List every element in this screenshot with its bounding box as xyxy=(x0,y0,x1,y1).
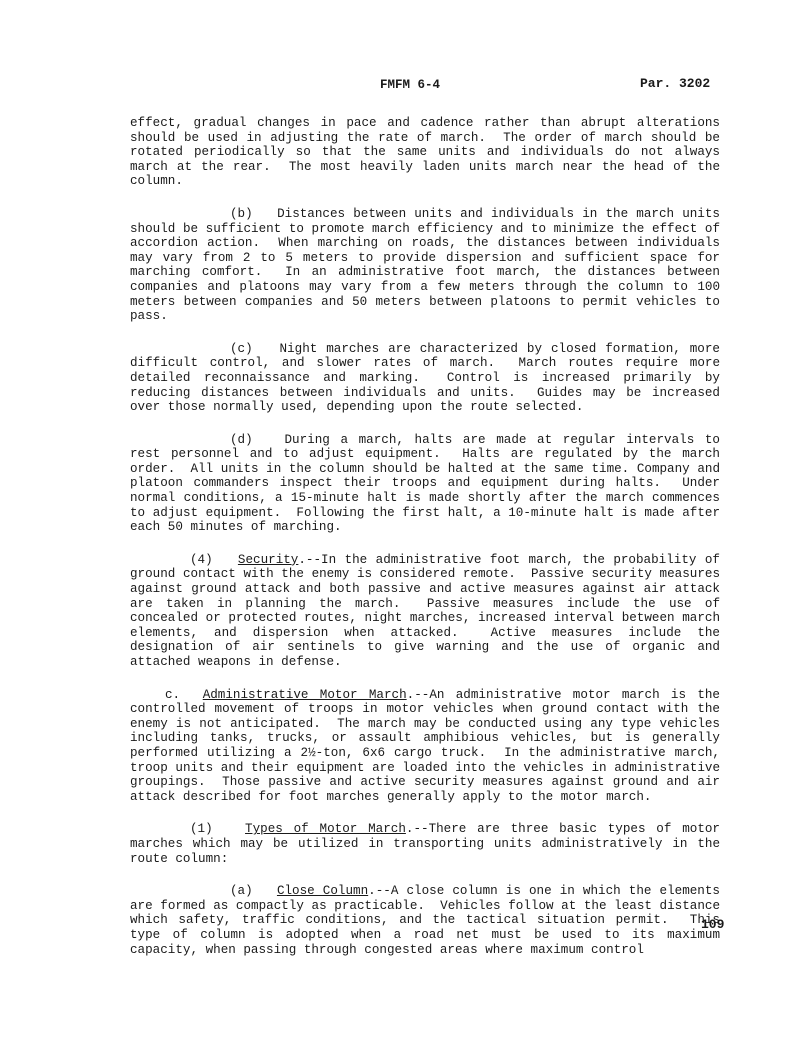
paragraph-label: (b) xyxy=(230,207,253,221)
paragraph-label: c. xyxy=(165,688,180,702)
document-body: effect, gradual changes in pace and cade… xyxy=(130,116,720,975)
paragraph-number: Par. 3202 xyxy=(640,76,710,91)
paragraph-label: (d) xyxy=(230,433,253,447)
paragraph-security: (4) Security.--In the administrative foo… xyxy=(130,553,720,670)
paragraph-continuation: effect, gradual changes in pace and cade… xyxy=(130,116,720,189)
paragraph-close-column: (a) Close Column.--A close column is one… xyxy=(130,884,720,957)
paragraph-label: (4) xyxy=(190,553,213,567)
paragraph-types-of-motor-march: (1) Types of Motor March.--There are thr… xyxy=(130,822,720,866)
paragraph-d: (d) During a march, halts are made at re… xyxy=(130,433,720,535)
paragraph-label: (1) xyxy=(190,822,213,836)
paragraph-heading: Administrative Motor March xyxy=(203,688,407,702)
paragraph-heading: Security xyxy=(238,553,298,567)
paragraph-label: (c) xyxy=(230,342,253,356)
paragraph-administrative-motor-march: c. Administrative Motor March.--An admin… xyxy=(130,688,720,805)
paragraph-heading: Close Column xyxy=(277,884,368,898)
paragraph-label: (a) xyxy=(230,884,253,898)
paragraph-b: (b) Distances between units and individu… xyxy=(130,207,720,324)
document-id: FMFM 6-4 xyxy=(380,78,440,92)
page-number: 109 xyxy=(701,917,724,932)
paragraph-heading: Types of Motor March xyxy=(245,822,406,836)
document-page: FMFM 6-4 Par. 3202 effect, gradual chang… xyxy=(0,0,806,1045)
paragraph-c: (c) Night marches are characterized by c… xyxy=(130,342,720,415)
